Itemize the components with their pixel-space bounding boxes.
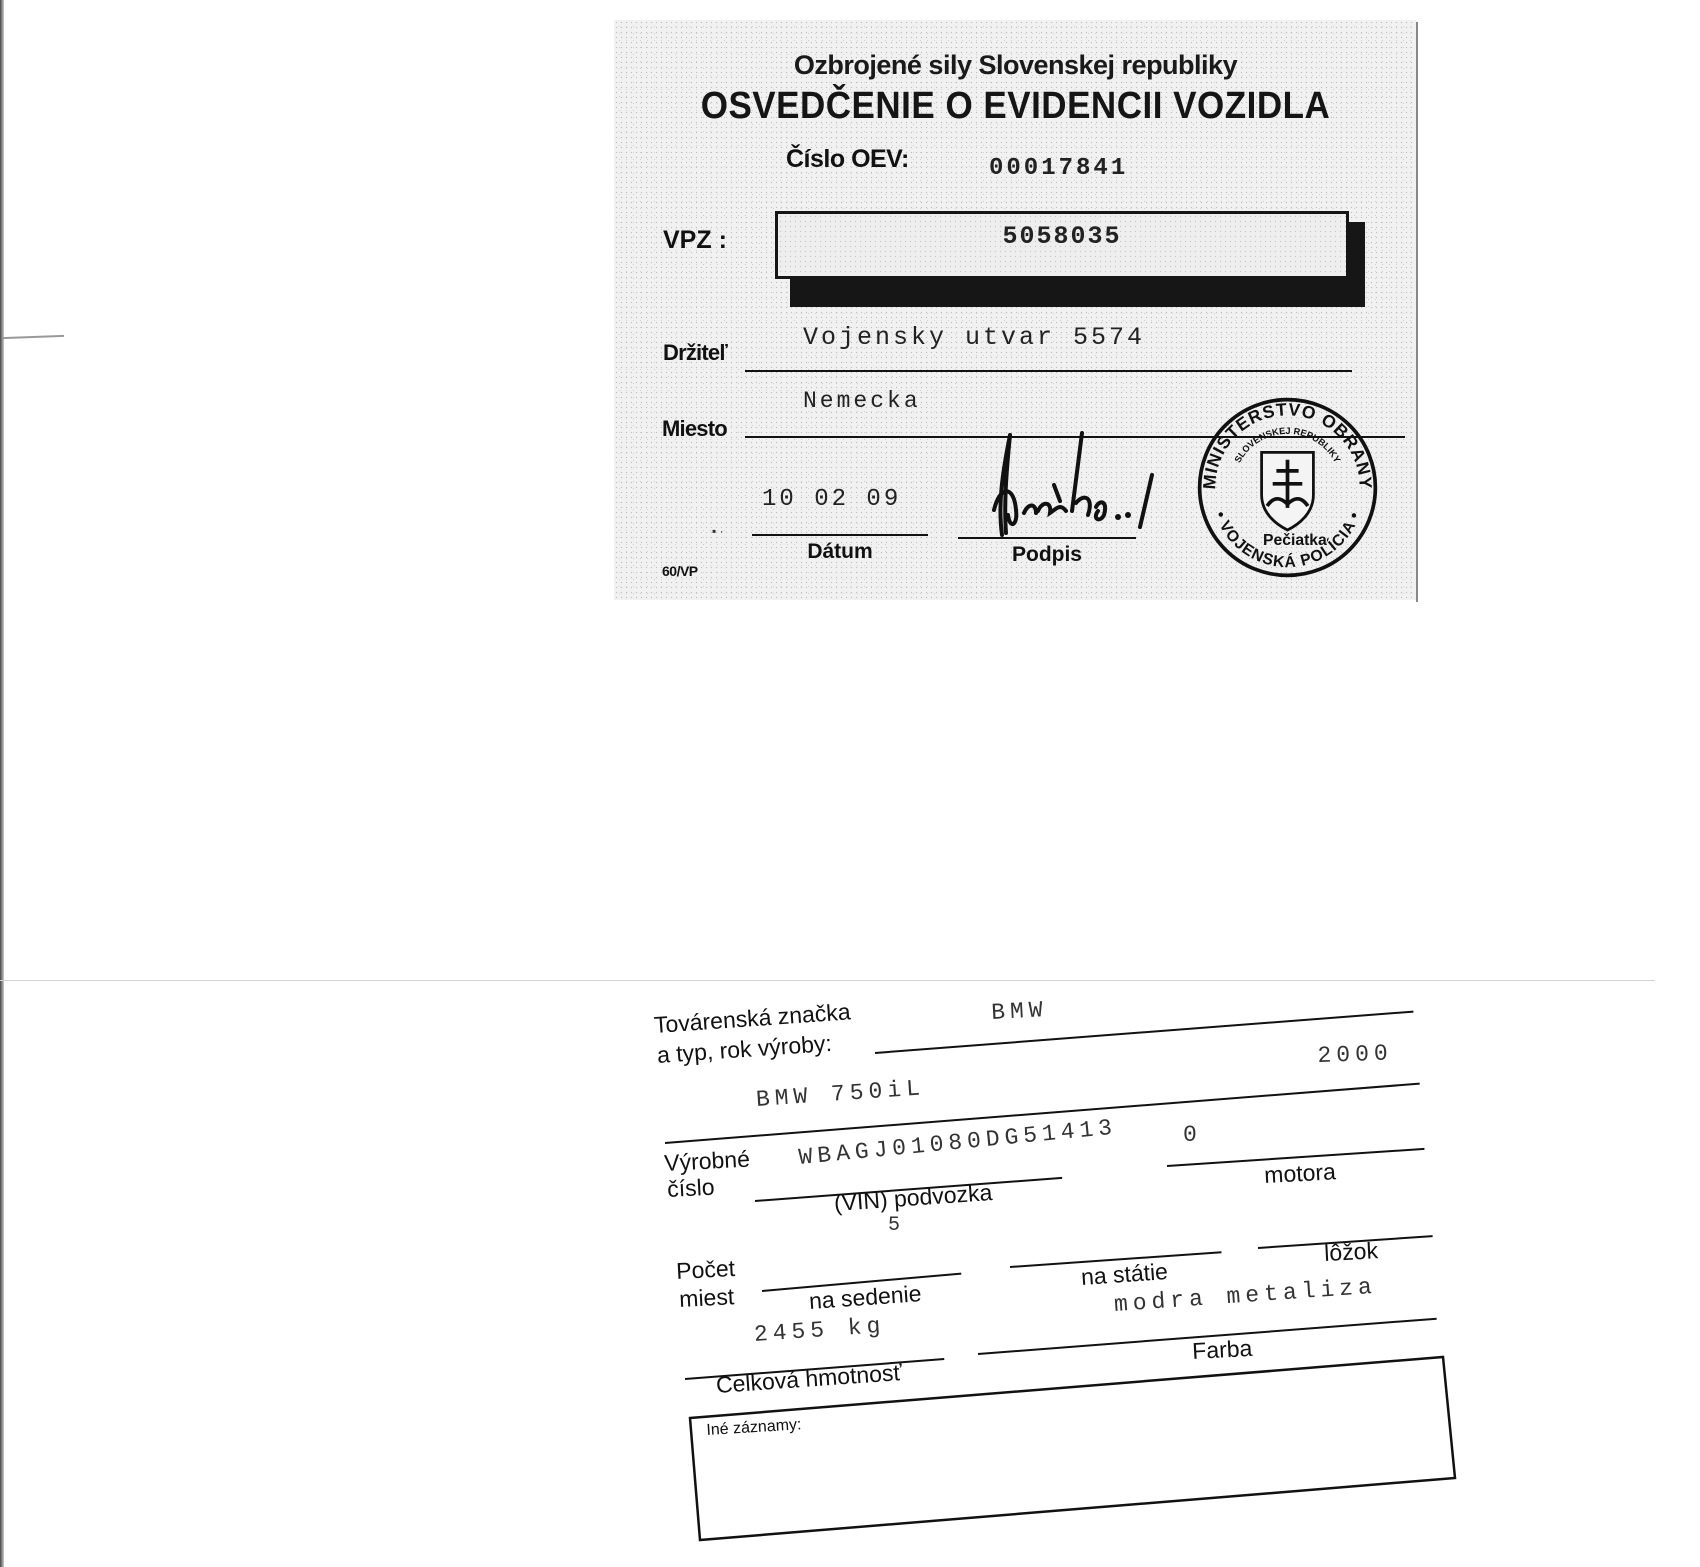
vpz-value: 5058035: [775, 222, 1349, 251]
engine-label: motora: [1264, 1158, 1337, 1189]
vin-value: WBAGJ01080DG51413: [798, 1114, 1119, 1171]
holder-label: Držiteľ: [663, 340, 727, 366]
signature-underline: [958, 537, 1136, 539]
holder-underline: [745, 370, 1352, 372]
oev-number-value: 00017841: [989, 155, 1128, 182]
seats-label-line2: miest: [679, 1283, 735, 1313]
color-label: Farba: [1192, 1335, 1253, 1365]
scan-dots: ▪ ·: [712, 524, 724, 538]
place-value: Nemecka: [803, 388, 921, 414]
holder-value: Vojensky utvar 5574: [803, 323, 1145, 352]
signature-icon: [980, 415, 1180, 545]
document-title: OSVEDČENIE O EVIDENCII VOZIDLA: [614, 84, 1417, 127]
seated-value: 5: [888, 1214, 905, 1237]
form-code: 60/VP: [662, 563, 698, 579]
model-value: BMW 750iL: [755, 1075, 926, 1113]
vin-label: (VIN) podvozka: [833, 1179, 993, 1217]
total-weight-value: 2455 kg: [753, 1313, 886, 1348]
svg-text:Pečiatka: Pečiatka: [1263, 532, 1327, 549]
vpz-label: VPZ :: [663, 226, 727, 255]
engine-number-value: 0: [1183, 1122, 1202, 1148]
serial-label-line1: Výrobné: [664, 1146, 751, 1177]
other-records-label: Iné záznamy:: [706, 1416, 802, 1440]
official-stamp-icon: MINISTERSTVO OBRANY SLOVENSKEJ REPUBLIKY…: [1195, 395, 1380, 580]
paper-fold-line: [0, 980, 1655, 981]
seats-label-line1: Počet: [676, 1255, 736, 1285]
place-label: Miesto: [662, 416, 727, 442]
scanner-edge: [0, 0, 4, 1567]
standing-label: na státie: [1080, 1258, 1169, 1291]
date-value: 10 02 09: [762, 486, 901, 513]
oev-number-label: Číslo OEV:: [786, 145, 909, 174]
date-underline: [752, 534, 928, 536]
date-label: Dátum: [752, 540, 928, 564]
issuer-heading: Ozbrojené sily Slovenskej republiky: [614, 50, 1417, 81]
make-value: BMW: [991, 997, 1049, 1026]
year-value: 2000: [1317, 1040, 1393, 1069]
paper-tear-mark: [2, 335, 64, 339]
total-weight-label: Celková hmotnosť: [715, 1359, 903, 1399]
signature-label: Podpis: [958, 543, 1136, 567]
beds-label: lôžok: [1324, 1237, 1379, 1267]
serial-label-line2: číslo: [667, 1174, 716, 1203]
